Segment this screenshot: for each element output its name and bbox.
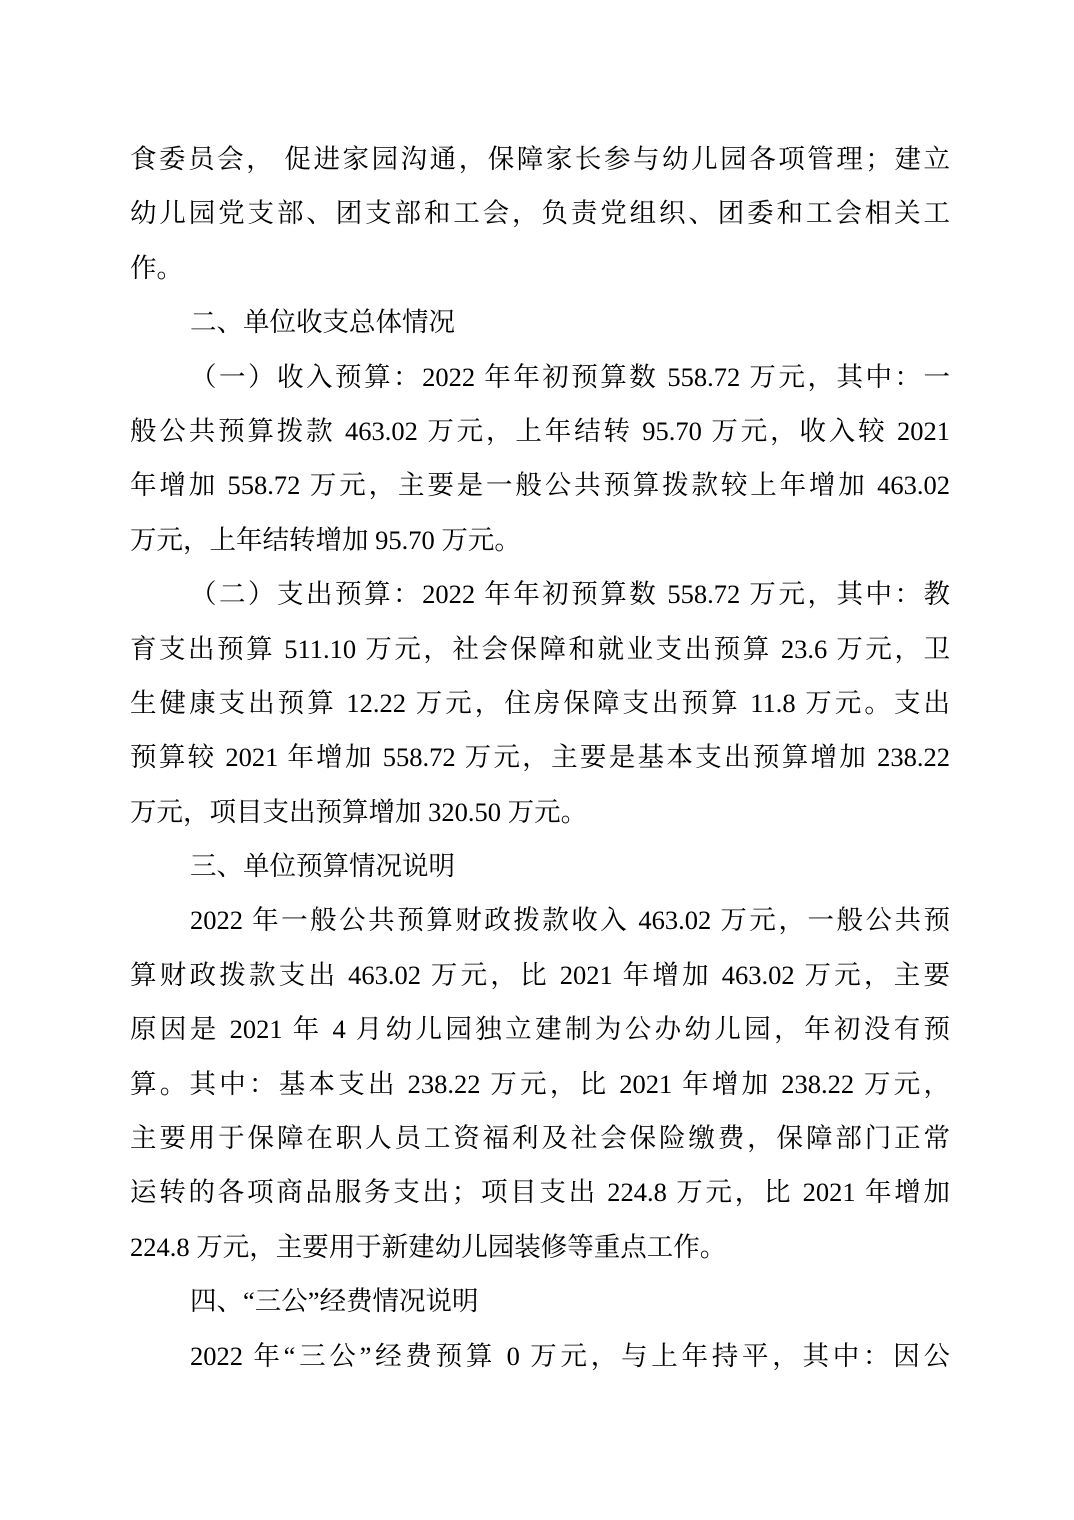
section-heading: 三、单位预算情况说明 (130, 839, 950, 893)
text-line: 万元，项目支出预算增加 320.50 万元。 (130, 785, 950, 839)
text-line: 2022 年“三公”经费预算 0 万元，与上年持平，其中：因公 (130, 1329, 950, 1383)
text-line: 万元，上年结转增加 95.70 万元。 (130, 513, 950, 567)
text-line: 食委员会， 促进家园沟通，保障家长参与幼儿园各项管理；建立 (130, 132, 950, 186)
text-line: 主要用于保障在职人员工资福利及社会保险缴费，保障部门正常 (130, 1111, 950, 1165)
text-line: 生健康支出预算 12.22 万元，住房保障支出预算 11.8 万元。支出 (130, 676, 950, 730)
text-line: 2022 年一般公共预算财政拨款收入 463.02 万元，一般公共预 (130, 893, 950, 947)
text-line: 育支出预算 511.10 万元，社会保障和就业支出预算 23.6 万元，卫 (130, 622, 950, 676)
text-line: 年增加 558.72 万元，主要是一般公共预算拨款较上年增加 463.02 (130, 458, 950, 512)
text-line: 224.8 万元，主要用于新建幼儿园装修等重点工作。 (130, 1220, 950, 1274)
text-line: 般公共预算拨款 463.02 万元，上年结转 95.70 万元，收入较 2021 (130, 404, 950, 458)
text-line: （二）支出预算：2022 年年初预算数 558.72 万元，其中：教 (130, 567, 950, 621)
text-line: 算。其中：基本支出 238.22 万元，比 2021 年增加 238.22 万元… (130, 1057, 950, 1111)
text-line: （一）收入预算：2022 年年初预算数 558.72 万元，其中：一 (130, 350, 950, 404)
text-line: 预算较 2021 年增加 558.72 万元，主要是基本支出预算增加 238.2… (130, 730, 950, 784)
text-line: 算财政拨款支出 463.02 万元，比 2021 年增加 463.02 万元，主… (130, 948, 950, 1002)
text-line: 原因是 2021 年 4 月幼儿园独立建制为公办幼儿园，年初没有预 (130, 1002, 950, 1056)
document-text-block: 食委员会， 促进家园沟通，保障家长参与幼儿园各项管理；建立幼儿园党支部、团支部和… (130, 132, 950, 1383)
text-line: 运转的各项商品服务支出；项目支出 224.8 万元，比 2021 年增加 (130, 1165, 950, 1219)
text-line: 幼儿园党支部、团支部和工会，负责党组织、团委和工会相关工 (130, 186, 950, 240)
section-heading: 四、“三公”经费情况说明 (130, 1274, 950, 1328)
section-heading: 二、单位收支总体情况 (130, 295, 950, 349)
document-page: 食委员会， 促进家园沟通，保障家长参与幼儿园各项管理；建立幼儿园党支部、团支部和… (0, 0, 1074, 1520)
text-line: 作。 (130, 241, 950, 295)
